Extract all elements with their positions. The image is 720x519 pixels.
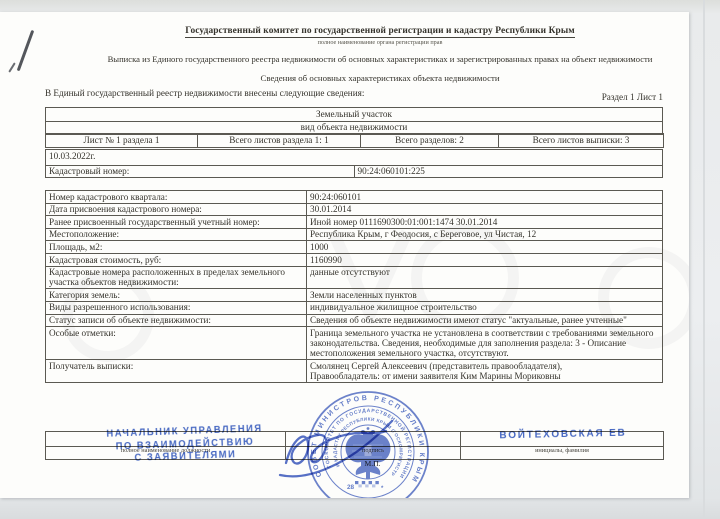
- table-row: Кадастровые номера расположенных в преде…: [46, 266, 663, 289]
- org-title-text: Государственный комитет по государственн…: [185, 26, 574, 38]
- row-label: Категория земель:: [46, 289, 307, 302]
- table-row: Дата присвоения кадастрового номера:30.0…: [46, 203, 663, 216]
- cadastral-number-value: 90:24:060101:225: [354, 165, 663, 178]
- row-value: данные отсутствуют: [307, 266, 663, 289]
- pen-tick-mark: [8, 62, 16, 72]
- row-label: Особые отметки:: [46, 327, 307, 360]
- row-label: Виды разрешенного использования:: [46, 301, 307, 314]
- row-value: 1160990: [307, 254, 663, 267]
- object-type-value: Земельный участок: [46, 108, 663, 122]
- sheet-info-cell: Лист № 1 раздела 1: [46, 134, 198, 148]
- row-value: 1000: [307, 241, 663, 254]
- position-ink-stamp: НАЧАЛЬНИК УПРАВЛЕНИЯПО ВЗАИМОДЕЙСТВИЮС З…: [101, 423, 270, 467]
- row-label: Ранее присвоенный государственный учетны…: [46, 216, 307, 229]
- table-row: Статус записи об объекте недвижимости:Св…: [46, 314, 663, 327]
- seal-number: 28: [347, 484, 355, 491]
- table-row: Местоположение:Республика Крым, г Феодос…: [46, 228, 663, 241]
- org-subtitle: полное наименование органа регистрации п…: [70, 39, 689, 46]
- table-row: Земельный участок: [46, 108, 663, 122]
- table-row: Ранее присвоенный государственный учетны…: [46, 216, 663, 229]
- scanned-document-screenshot: Государственный комитет по государственн…: [0, 0, 720, 519]
- table-row: Категория земель:Земли населенных пункто…: [46, 289, 663, 302]
- main-characteristics-table: Номер кадастрового квартала:90:24:060101…: [45, 190, 663, 383]
- sheet-info-cell: Всего разделов: 2: [361, 134, 499, 148]
- intro-line: В Единый государственный реестр недвижим…: [45, 88, 364, 98]
- row-value: Смолянец Сергей Алексеевич (представител…: [307, 360, 663, 383]
- row-value: Граница земельного участка не установлен…: [307, 327, 663, 360]
- table-row: Номер кадастрового квартала:90:24:060101: [46, 191, 663, 204]
- scanner-edge-line: [703, 0, 705, 519]
- row-label: Местоположение:: [46, 228, 307, 241]
- table-row: Особые отметки:Граница земельного участк…: [46, 327, 663, 360]
- sheet-info-cell: Всего листов раздела 1: 1: [198, 134, 361, 148]
- row-label: Дата присвоения кадастрового номера:: [46, 203, 307, 216]
- pen-slash-mark: [17, 30, 34, 71]
- document-subtitle: Сведения об основных характеристиках объ…: [70, 73, 689, 83]
- section-sheet-label: Раздел 1 Лист 1: [463, 92, 663, 102]
- document-title: Выписка из Единого государственного реес…: [70, 54, 689, 64]
- object-type-table: Земельный участок вид объекта недвижимос…: [45, 107, 663, 135]
- cadastral-number-label: Кадастровый номер:: [46, 165, 355, 178]
- svg-text:*: *: [381, 486, 384, 492]
- row-label: Номер кадастрового квартала:: [46, 191, 307, 204]
- sheet-counters-table: Лист № 1 раздела 1Всего листов раздела 1…: [45, 133, 664, 148]
- row-value: 30.01.2014: [307, 203, 663, 216]
- org-title: Государственный комитет по государственн…: [70, 26, 689, 36]
- row-value: индивидуальное жилищное строительство: [307, 301, 663, 314]
- row-value: Земли населенных пунктов: [307, 289, 663, 302]
- row-label: Кадастровая стоимость, руб:: [46, 254, 307, 267]
- table-row: Кадастровый номер: 90:24:060101:225: [46, 165, 663, 178]
- row-label: Площадь, м2:: [46, 241, 307, 254]
- extract-date: 10.03.2022г.: [46, 150, 663, 166]
- sheet-info-cell: Всего листов выписки: 3: [499, 134, 664, 148]
- date-cadastral-table: 10.03.2022г. Кадастровый номер: 90:24:06…: [45, 149, 663, 178]
- table-row: Получатель выписки:Смолянец Сергей Алекс…: [46, 360, 663, 383]
- row-value: Иной номер 0111690300:01:001:1474 30.01.…: [307, 216, 663, 229]
- row-value: 90:24:060101: [307, 191, 663, 204]
- table-row: Виды разрешенного использования:индивиду…: [46, 301, 663, 314]
- table-row: Лист № 1 раздела 1Всего листов раздела 1…: [46, 134, 664, 148]
- table-row: Площадь, м2:1000: [46, 241, 663, 254]
- name-caption: инициалы, фамилия: [461, 446, 664, 459]
- row-value: Республика Крым, г Феодосия, с Береговое…: [307, 228, 663, 241]
- row-value: Сведения об объекте недвижимости имеют с…: [307, 314, 663, 327]
- handwritten-signature: [270, 405, 410, 485]
- row-label: Получатель выписки:: [46, 360, 307, 383]
- paper-sheet: Государственный комитет по государственн…: [0, 12, 689, 498]
- row-label: Кадастровые номера расположенных в преде…: [46, 266, 307, 289]
- row-label: Статус записи об объекте недвижимости:: [46, 314, 307, 327]
- table-row: 10.03.2022г.: [46, 150, 663, 166]
- table-row: Кадастровая стоимость, руб:1160990: [46, 254, 663, 267]
